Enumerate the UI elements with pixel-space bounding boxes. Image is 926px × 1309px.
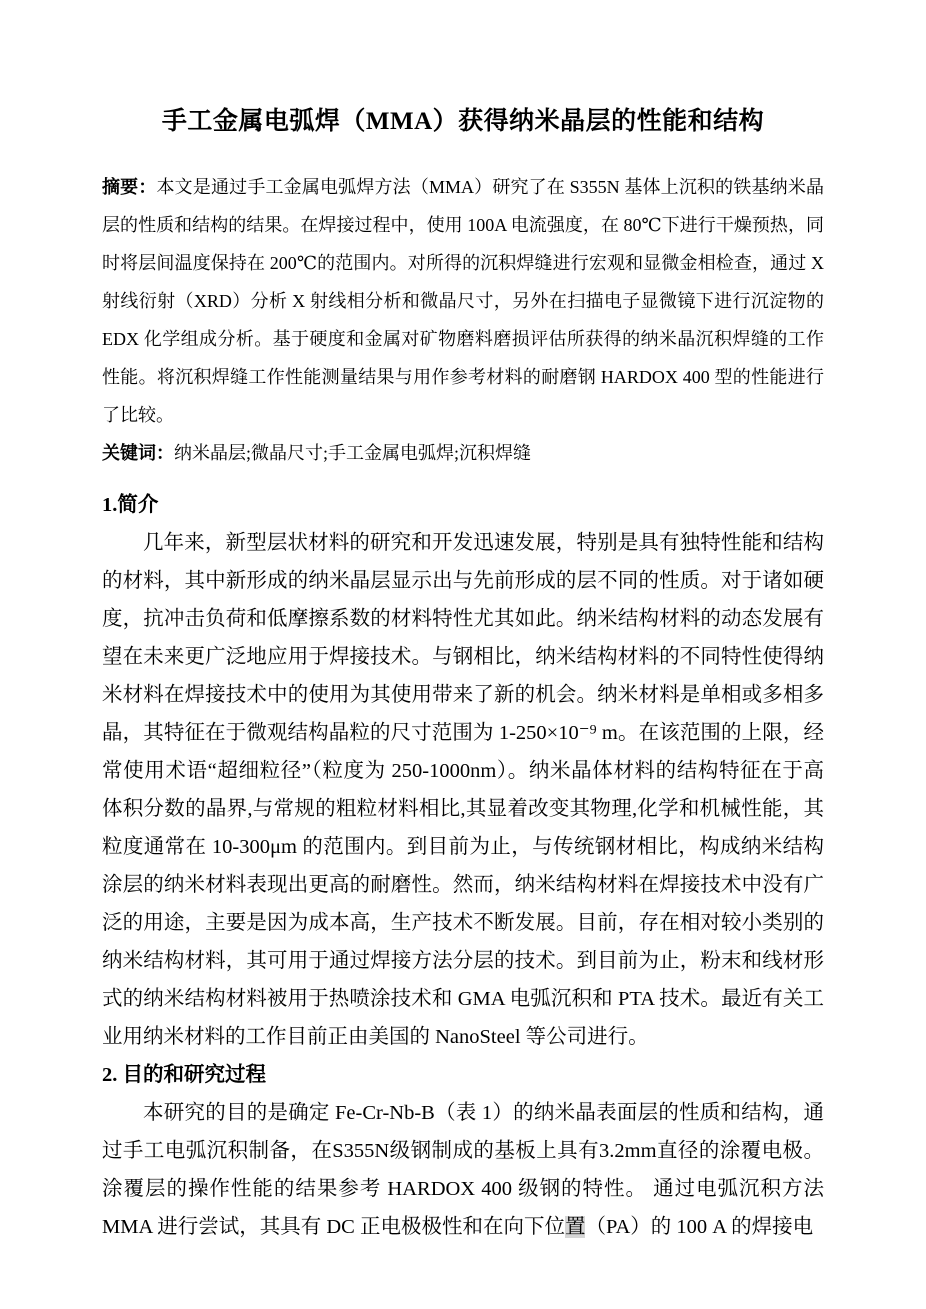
abstract-label: 摘要：: [102, 177, 157, 197]
keywords-text: 纳米晶层;微晶尺寸;手工金属电弧焊;沉积焊缝: [174, 443, 531, 463]
document-page: 手工金属电弧焊（MMA）获得纳米晶层的性能和结构 摘要：本文是通过手工金属电弧焊…: [0, 0, 926, 1309]
page-content: 手工金属电弧焊（MMA）获得纳米晶层的性能和结构 摘要：本文是通过手工金属电弧焊…: [102, 0, 824, 1246]
keywords-line: 关键词：纳米晶层;微晶尺寸;手工金属电弧焊;沉积焊缝: [102, 434, 824, 472]
section-2-paragraph: 本研究的目的是确定 Fe-Cr-Nb-B（表 1）的纳米晶表面层的性质和结构，通…: [102, 1094, 824, 1246]
keywords-label: 关键词：: [102, 443, 174, 463]
abstract-paragraph: 摘要：本文是通过手工金属电弧焊方法（MMA）研究了在 S355N 基体上沉积的铁…: [102, 168, 824, 434]
document-title: 手工金属电弧焊（MMA）获得纳米晶层的性能和结构: [102, 102, 824, 142]
section-2-highlighted-char: 置: [565, 1216, 586, 1238]
section-1-paragraph: 几年来，新型层状材料的研究和开发迅速发展，特别是具有独特性能和结构的材料，其中新…: [102, 524, 824, 1056]
section-1-heading: 1.简介: [102, 486, 824, 524]
abstract-text: 本文是通过手工金属电弧焊方法（MMA）研究了在 S355N 基体上沉积的铁基纳米…: [102, 177, 824, 425]
section-2-text-after-highlight: （PA）的 100 A 的焊接电: [585, 1216, 813, 1238]
section-2-heading: 2. 目的和研究过程: [102, 1056, 824, 1094]
